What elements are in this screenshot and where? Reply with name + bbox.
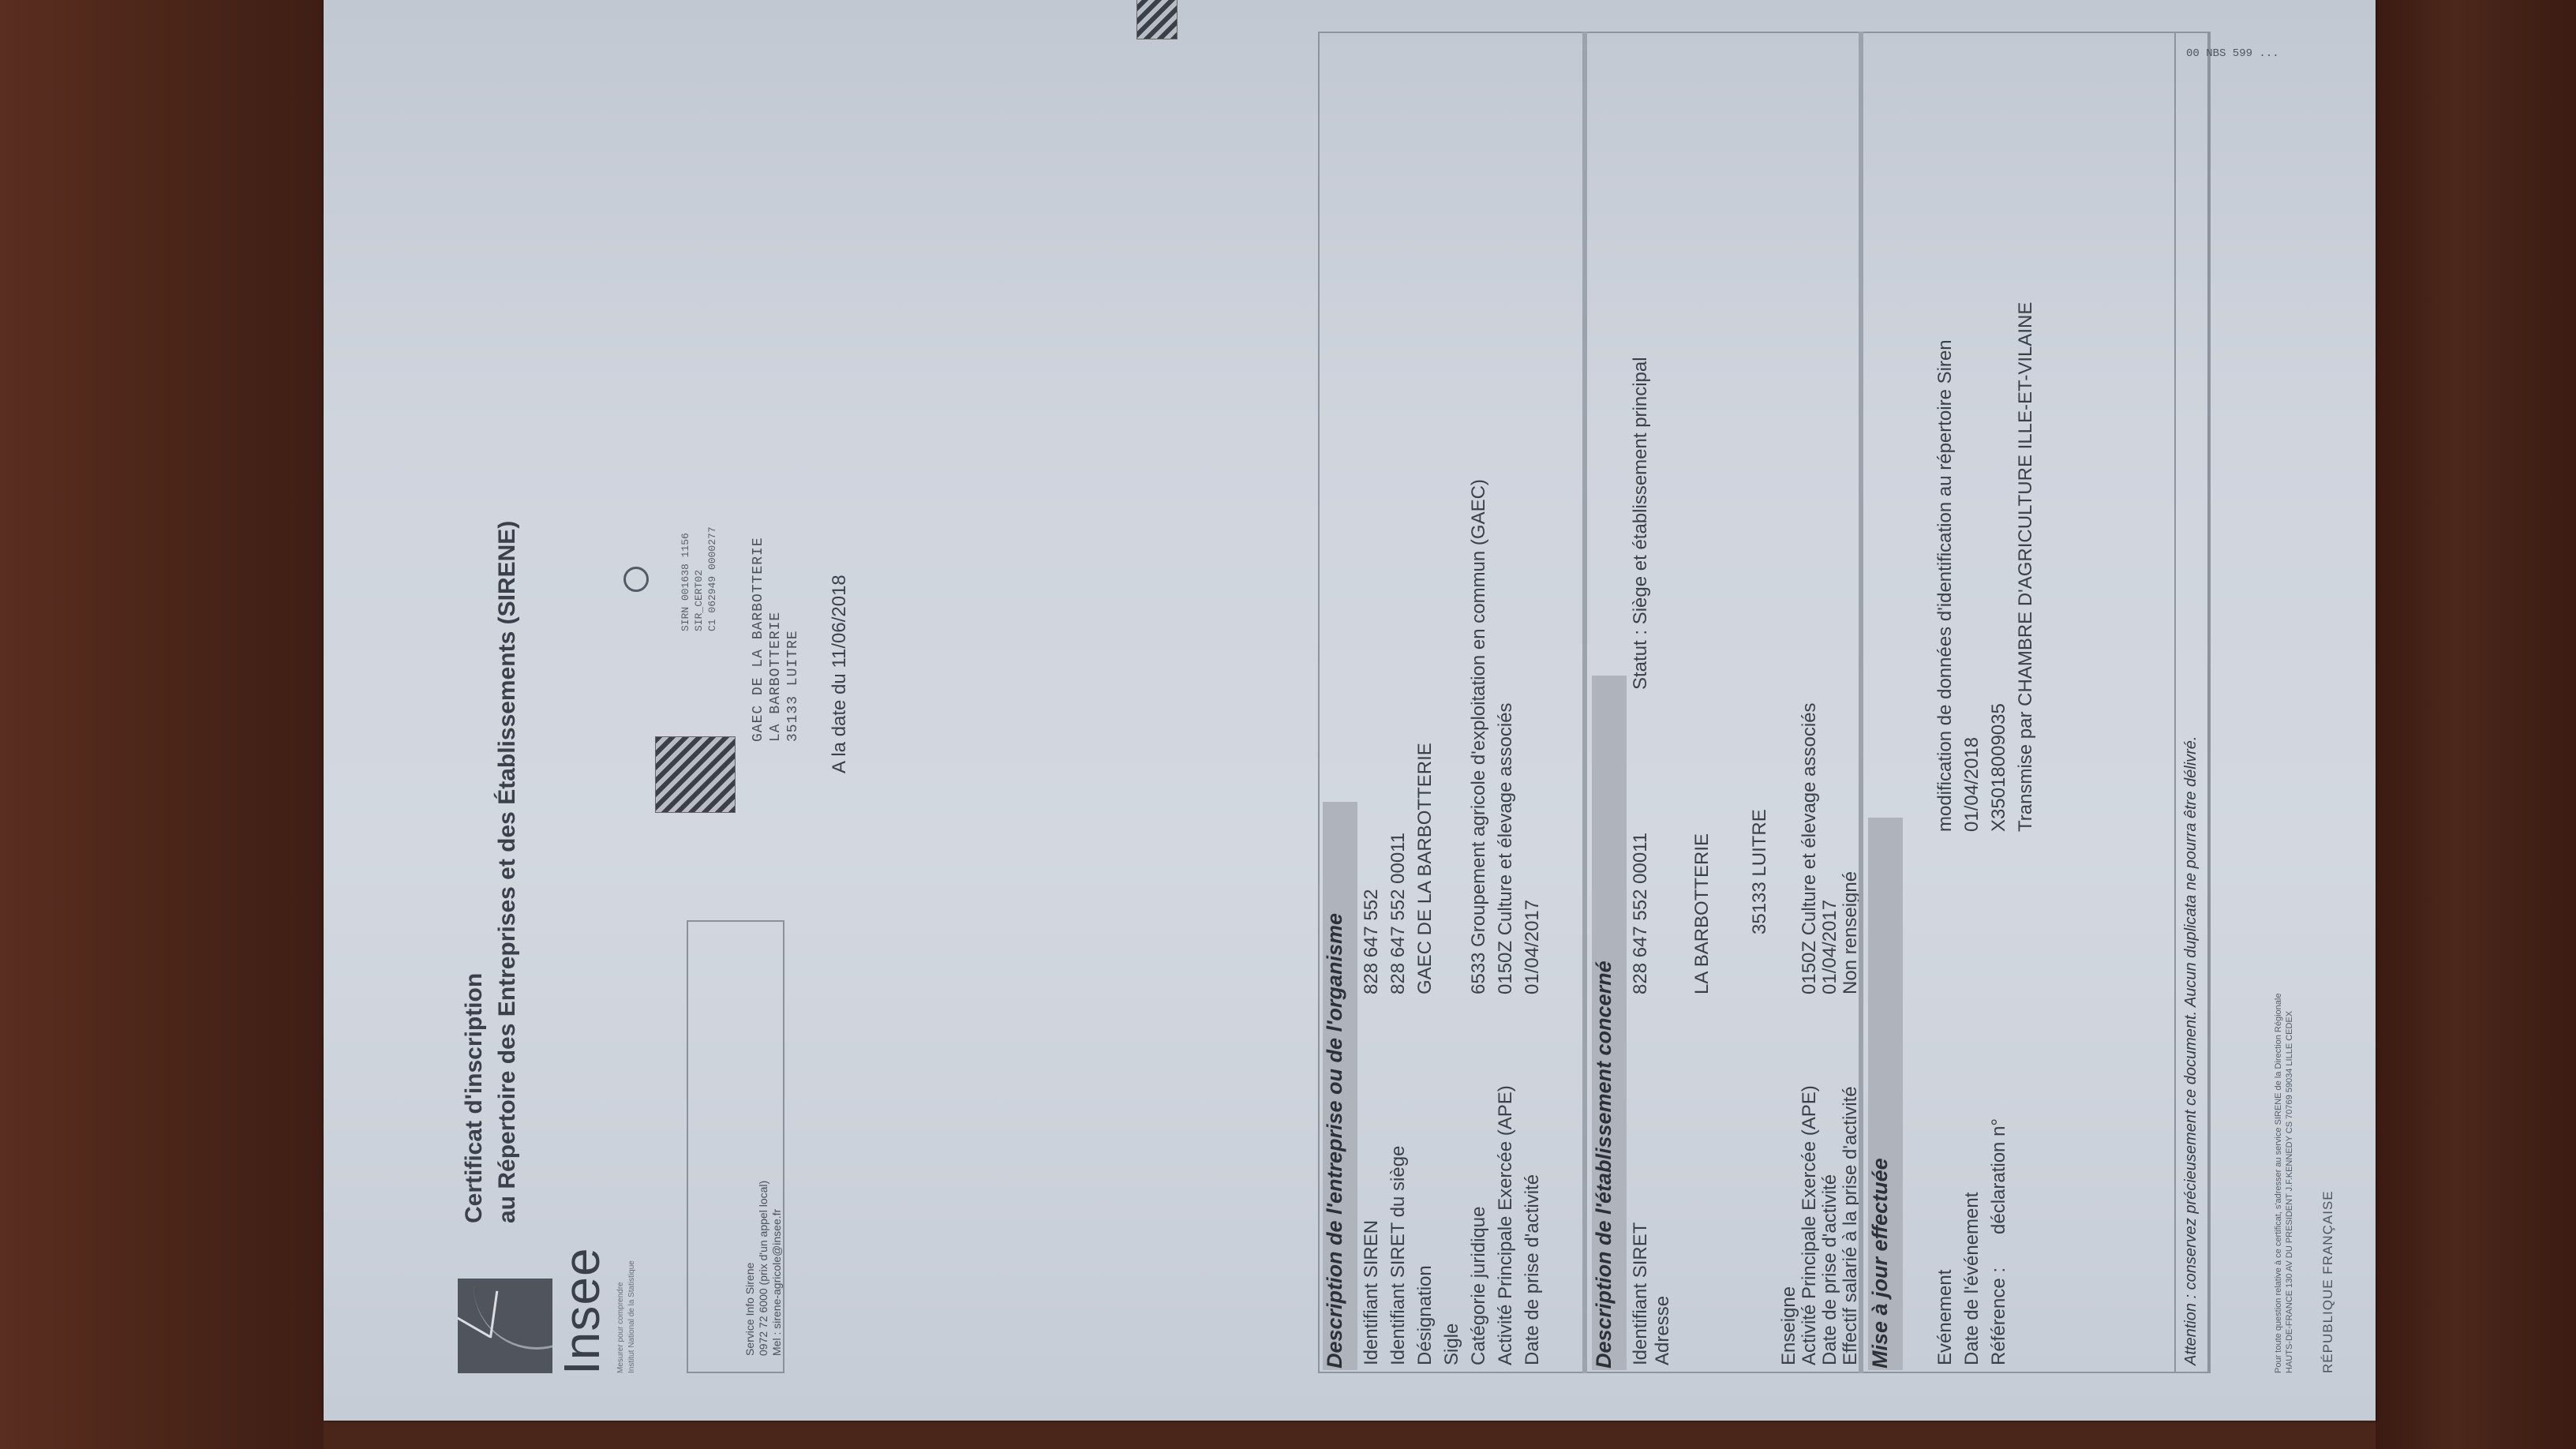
field-value: 828 647 552 [1361,889,1383,994]
service-info-box: Service Info Sirene 0972 72 6000 (prix d… [687,920,784,1373]
attention-notice: Attention : conservez précieusement ce d… [2174,32,2211,1373]
section-heading: Description de l'établissement concerné [1592,960,1616,1368]
edge-print-code: 00 NBS 599 ... [2186,47,2279,60]
field-label: Evénement [1934,1270,1956,1365]
certificate-page: Insee Mesurer pour comprendre Institut N… [324,0,2376,1421]
field-label: Catégorie juridique [1468,1207,1490,1365]
section-heading: Description de l'entreprise ou de l'orga… [1323,913,1347,1368]
field-label: Identifiant SIRET du siège [1387,1146,1410,1365]
field-value: GAEC DE LA BARBOTTERIE [1414,743,1436,994]
field-label: Date de l'événement [1961,1193,1983,1365]
field-value: 01/04/2017 [1522,900,1544,994]
as-of-date: A la date du 11/06/2018 [829,575,851,773]
field-value: 828 647 552 00011 [1387,833,1410,994]
recipient-address: GAEC DE LA BARBOTTERIE LA BARBOTTERIE 35… [750,537,802,742]
field-value: 01/04/2018 [1961,737,1983,832]
service-name: Service Info Sirene [743,1181,757,1356]
wooden-table-bottom [324,1421,2376,1449]
wooden-table-right [2376,0,2576,1449]
main-table-frame [1318,32,2209,1373]
field-label: Désignation [1414,1265,1436,1365]
section-heading: Mise à jour effectuée [1868,1158,1893,1368]
field-label: Date de prise d'activité [1522,1174,1544,1365]
field-value: 828 647 552 00011 [1630,833,1652,994]
transmission-note: Transmise par CHAMBRE D'AGRICULTURE ILLE… [2015,302,2037,832]
field-label: Date de prise d'activité [1819,1174,1841,1365]
field-value: 01/04/2017 [1819,900,1841,994]
document-title: Certificat d'inscription au Répertoire d… [458,521,524,1223]
field-value: 0150Z Culture et élevage associés [1799,702,1821,994]
field-value: modification de données d'identification… [1934,339,1956,832]
statut-value: Statut : Siège et établissement principa… [1630,357,1652,690]
field-value: X35018009035 [1988,703,2010,832]
section-divider [1859,32,1863,1373]
field-label: Enseigne [1778,1286,1800,1365]
insee-logo-icon [458,1279,552,1373]
address-line: LA BARBOTTERIE [1691,833,1713,994]
footer-legal-text: Pour toute question relative à ce certif… [2273,994,2295,1373]
circle-mark-icon [623,567,649,592]
field-value: 6533 Groupement agricole d'exploitation … [1468,479,1490,994]
service-phone: 0972 72 6000 (prix d'un appel local) [757,1181,770,1356]
insee-logo-text: Insee [552,1247,611,1375]
field-value: 0150Z Culture et élevage associés [1495,702,1517,994]
field-label: Adresse [1652,1296,1674,1365]
corner-barcode-icon [1136,0,1178,39]
service-email: Mel : sirene-agricole@insee.fr [770,1181,784,1356]
insee-logo-subtitle: Mesurer pour comprendre Institut Nationa… [616,1260,638,1373]
field-label: Sigle [1441,1324,1463,1365]
datamatrix-barcode-icon [655,736,736,813]
field-label: Activité Principale Exercée (APE) [1799,1085,1821,1365]
wooden-table-left [0,0,324,1449]
field-label: Identifiant SIRET [1630,1222,1652,1365]
field-sublabel: déclaration n° [1988,1118,2010,1234]
field-label: Référence : [1988,1267,2010,1365]
section-divider [1582,32,1587,1373]
field-label: Identifiant SIREN [1361,1220,1383,1365]
republique-francaise-label: RÉPUBLIQUE FRANÇAISE [2320,1190,2336,1373]
reference-codes: SIRN 001638 1156 SIR_CERT02 C1 062949 00… [679,526,719,631]
address-line: 35133 LUITRE [1749,809,1771,934]
field-label: Activité Principale Exercée (APE) [1495,1085,1517,1365]
